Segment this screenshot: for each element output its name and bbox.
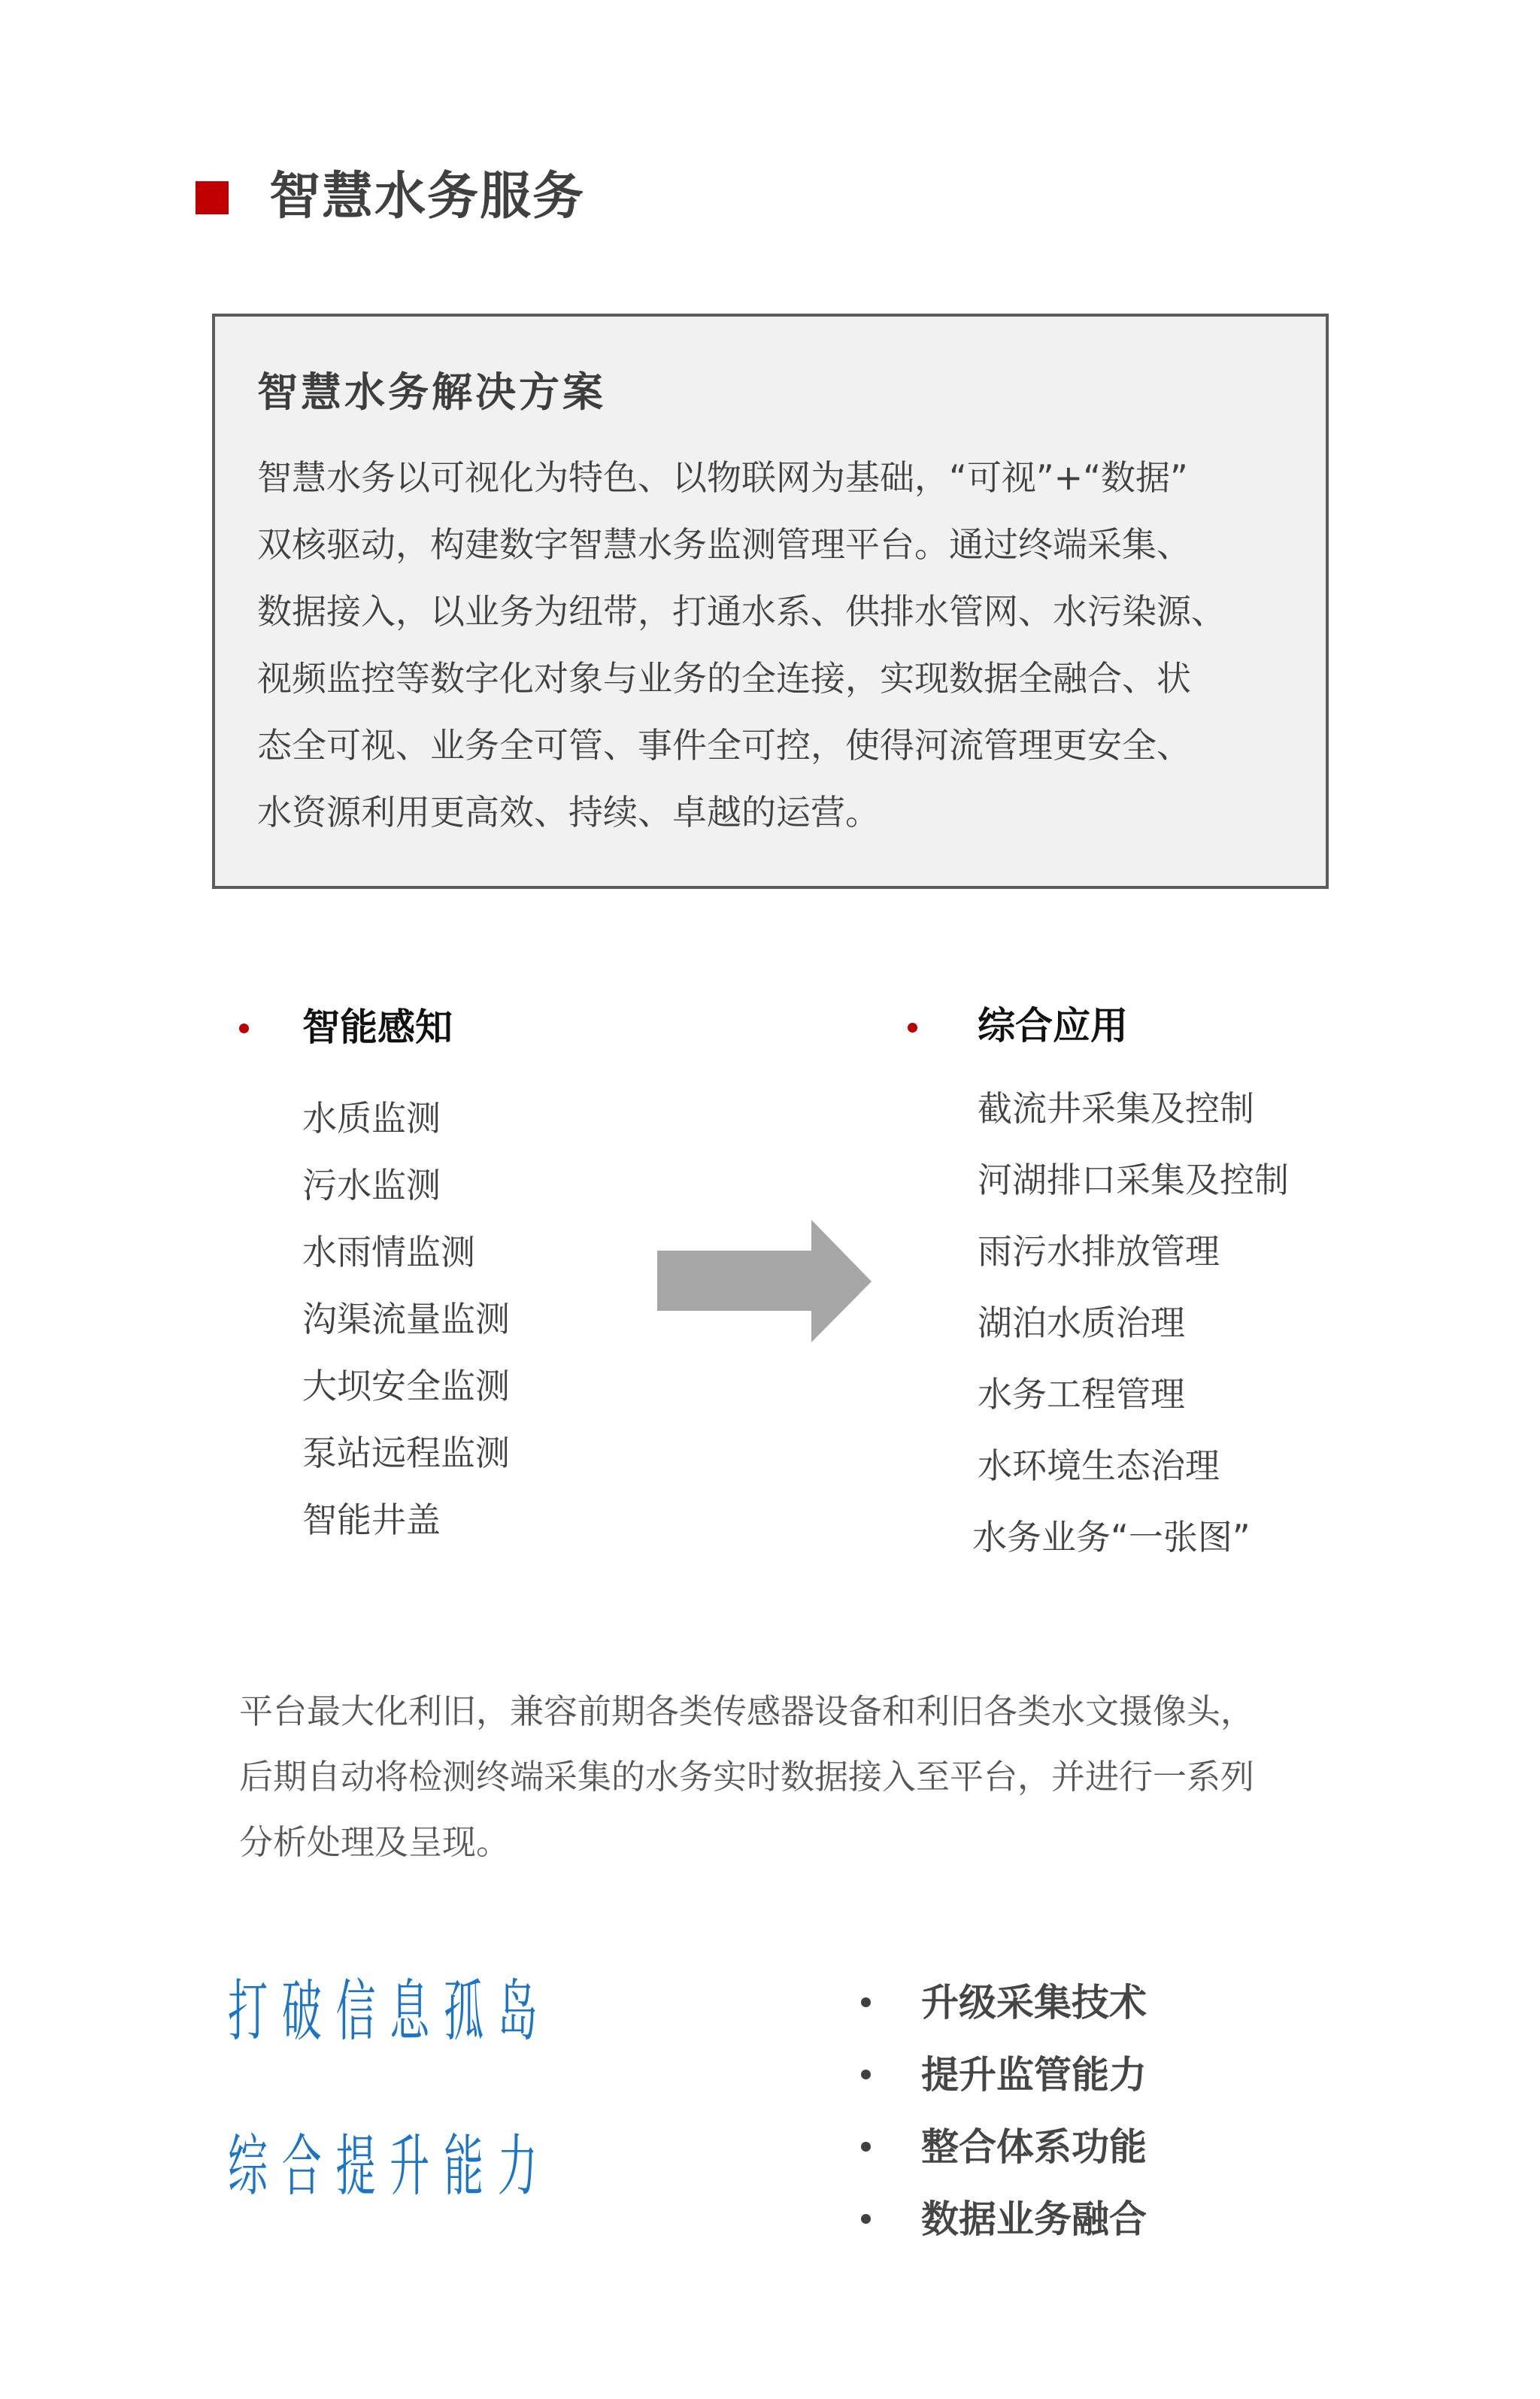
bullet-icon xyxy=(861,1997,871,2007)
bullet-icon xyxy=(861,2214,871,2224)
solution-title: 智慧水务解决方案 xyxy=(257,366,606,419)
list-item: 水务业务“一张图” xyxy=(972,1502,1289,1573)
benefit-item: 升级采集技术 xyxy=(861,1967,1147,2039)
list-item: 截流井采集及控制 xyxy=(978,1073,1289,1145)
benefit-label: 数据业务融合 xyxy=(921,2197,1147,2241)
benefit-label: 提升监管能力 xyxy=(921,2053,1147,2097)
integrated-apps-list: 截流井采集及控制 河湖排口采集及控制 雨污水排放管理 湖泊水质治理 水务工程管理… xyxy=(978,1073,1289,1573)
benefit-item: 整合体系功能 xyxy=(861,2111,1147,2183)
list-item: 水务工程管理 xyxy=(978,1359,1289,1430)
list-item: 雨污水排放管理 xyxy=(978,1216,1289,1287)
solution-line: 态全可视、业务全可管、事件全可控，使得河流管理更安全、 xyxy=(257,712,1310,779)
slogan-improve-capability: 综合提升能力 xyxy=(228,2134,552,2200)
list-item: 大坝安全监测 xyxy=(302,1353,510,1420)
solution-line: 双核驱动，构建数字智慧水务监测管理平台。通过终端采集、 xyxy=(257,511,1310,578)
list-item: 湖泊水质治理 xyxy=(978,1287,1289,1359)
solution-description: 智慧水务以可视化为特色、以物联网为基础，“可视”+“数据” 双核驱动，构建数字智… xyxy=(257,444,1310,846)
benefit-label: 整合体系功能 xyxy=(921,2125,1147,2169)
benefit-item: 数据业务融合 xyxy=(861,2183,1147,2255)
benefits-list: 升级采集技术 提升监管能力 整合体系功能 数据业务融合 xyxy=(861,1967,1147,2255)
benefit-label: 升级采集技术 xyxy=(921,1981,1147,2024)
bullet-icon xyxy=(861,2070,871,2079)
title-marker-square xyxy=(196,181,229,214)
integrated-apps-heading: 综合应用 xyxy=(978,1003,1128,1048)
solution-line: 视频监控等数字化对象与业务的全连接，实现数据全融合、状 xyxy=(257,645,1310,712)
solution-line: 智慧水务以可视化为特色、以物联网为基础，“可视”+“数据” xyxy=(257,444,1310,511)
smart-sensing-heading: 智能感知 xyxy=(302,1005,453,1050)
smart-sensing-list: 水质监测 污水监测 水雨情监测 沟渠流量监测 大坝安全监测 泵站远程监测 智能井… xyxy=(302,1085,510,1554)
solution-box: 智慧水务解决方案 智慧水务以可视化为特色、以物联网为基础，“可视”+“数据” 双… xyxy=(212,314,1329,889)
right-arrow-icon xyxy=(657,1220,875,1344)
list-item: 水质监测 xyxy=(302,1085,510,1152)
list-item: 泵站远程监测 xyxy=(302,1420,510,1487)
benefit-item: 提升监管能力 xyxy=(861,2039,1147,2111)
section-title: 智慧水务服务 xyxy=(269,167,585,227)
list-item: 河湖排口采集及控制 xyxy=(978,1145,1289,1216)
paragraph-line: 后期自动将检测终端采集的水务实时数据接入至平台，并进行一系列 xyxy=(239,1744,1367,1809)
bullet-icon xyxy=(861,2142,871,2152)
paragraph-line: 平台最大化利旧，兼容前期各类传感器设备和利旧各类水文摄像头， xyxy=(239,1679,1367,1744)
solution-line: 水资源利用更高效、持续、卓越的运营。 xyxy=(257,779,1310,846)
solution-line: 数据接入，以业务为纽带，打通水系、供排水管网、水污染源、 xyxy=(257,578,1310,645)
slogan-break-silos: 打破信息孤岛 xyxy=(228,1979,552,2046)
bullet-icon xyxy=(239,1024,249,1033)
bullet-icon xyxy=(908,1023,917,1033)
platform-description: 平台最大化利旧，兼容前期各类传感器设备和利旧各类水文摄像头， 后期自动将检测终端… xyxy=(239,1679,1367,1875)
list-item: 沟渠流量监测 xyxy=(302,1286,510,1353)
paragraph-line: 分析处理及呈现。 xyxy=(239,1809,1367,1875)
list-item: 智能井盖 xyxy=(302,1487,510,1554)
list-item: 水雨情监测 xyxy=(302,1219,510,1286)
list-item: 污水监测 xyxy=(302,1152,510,1219)
list-item: 水环境生态治理 xyxy=(978,1430,1289,1502)
